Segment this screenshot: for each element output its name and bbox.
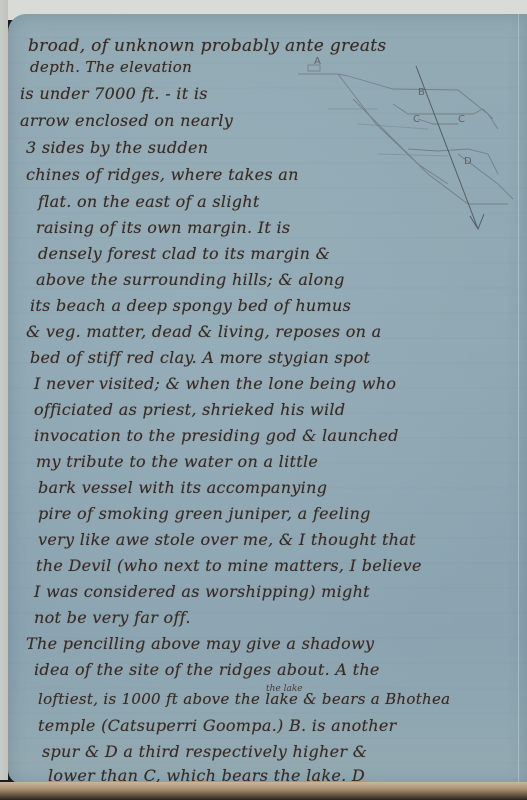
manuscript-line: & veg. matter, dead & living, reposes on…	[26, 322, 382, 341]
manuscript-line: flat. on the east of a slight	[38, 192, 260, 211]
manuscript-line: broad, of unknown probably ante greats	[28, 36, 386, 56]
manuscript-line: very like awe stole over me, & I thought…	[38, 530, 416, 549]
sketch-label-c-left: C	[413, 114, 420, 125]
sketch-label-c-right: C	[458, 114, 465, 125]
manuscript-line: chines of ridges, where takes an	[26, 165, 299, 184]
manuscript-line: I was considered as worshipping) might	[34, 582, 370, 601]
manuscript-line: loftiest, is 1000 ft above the lake & be…	[38, 690, 450, 708]
manuscript-line: The pencilling above may give a shadowy	[26, 634, 374, 653]
manuscript-line: my tribute to the water on a little	[36, 452, 318, 471]
manuscript-line: depth. The elevation	[30, 58, 192, 76]
manuscript-line: above the surrounding hills; & along	[36, 270, 345, 289]
sketch-label-a: A	[314, 56, 321, 67]
manuscript-line: the Devil (who next to mine matters, I b…	[36, 556, 422, 575]
scan-backing-bottom	[0, 782, 527, 800]
manuscript-line: 3 sides by the sudden	[26, 138, 208, 157]
manuscript-line: I never visited; & when the lone being w…	[34, 374, 396, 393]
pencil-sketch-ridges-icon	[298, 54, 527, 244]
manuscript-line: bark vessel with its accompanying	[38, 478, 327, 497]
manuscript-line: is under 7000 ft. - it is	[20, 84, 208, 103]
manuscript-line: officiated as priest, shrieked his wild	[34, 400, 345, 419]
scan-backing-left	[0, 0, 8, 780]
sketch-label-d: D	[464, 156, 472, 167]
sketch-label-b: B	[418, 87, 425, 98]
manuscript-line: invocation to the presiding god & launch…	[34, 426, 399, 445]
manuscript-line: raising of its own margin. It is	[36, 218, 290, 237]
manuscript-page: A B C C D broad, of unknown probably ant…	[8, 14, 527, 784]
manuscript-line: arrow enclosed on nearly	[20, 111, 233, 130]
manuscript-line: temple (Catsuperri Goompa.) B. is anothe…	[38, 716, 397, 735]
manuscript-line: not be very far off.	[34, 608, 191, 627]
manuscript-line: pire of smoking green juniper, a feeling	[38, 504, 371, 523]
manuscript-line: spur & D a third respectively higher &	[42, 742, 367, 761]
manuscript-line: bed of stiff red clay. A more stygian sp…	[30, 348, 370, 367]
manuscript-line: idea of the site of the ridges about. A …	[34, 660, 380, 679]
manuscript-line: its beach a deep spongy bed of humus	[30, 296, 351, 315]
manuscript-line: densely forest clad to its margin &	[38, 244, 330, 263]
